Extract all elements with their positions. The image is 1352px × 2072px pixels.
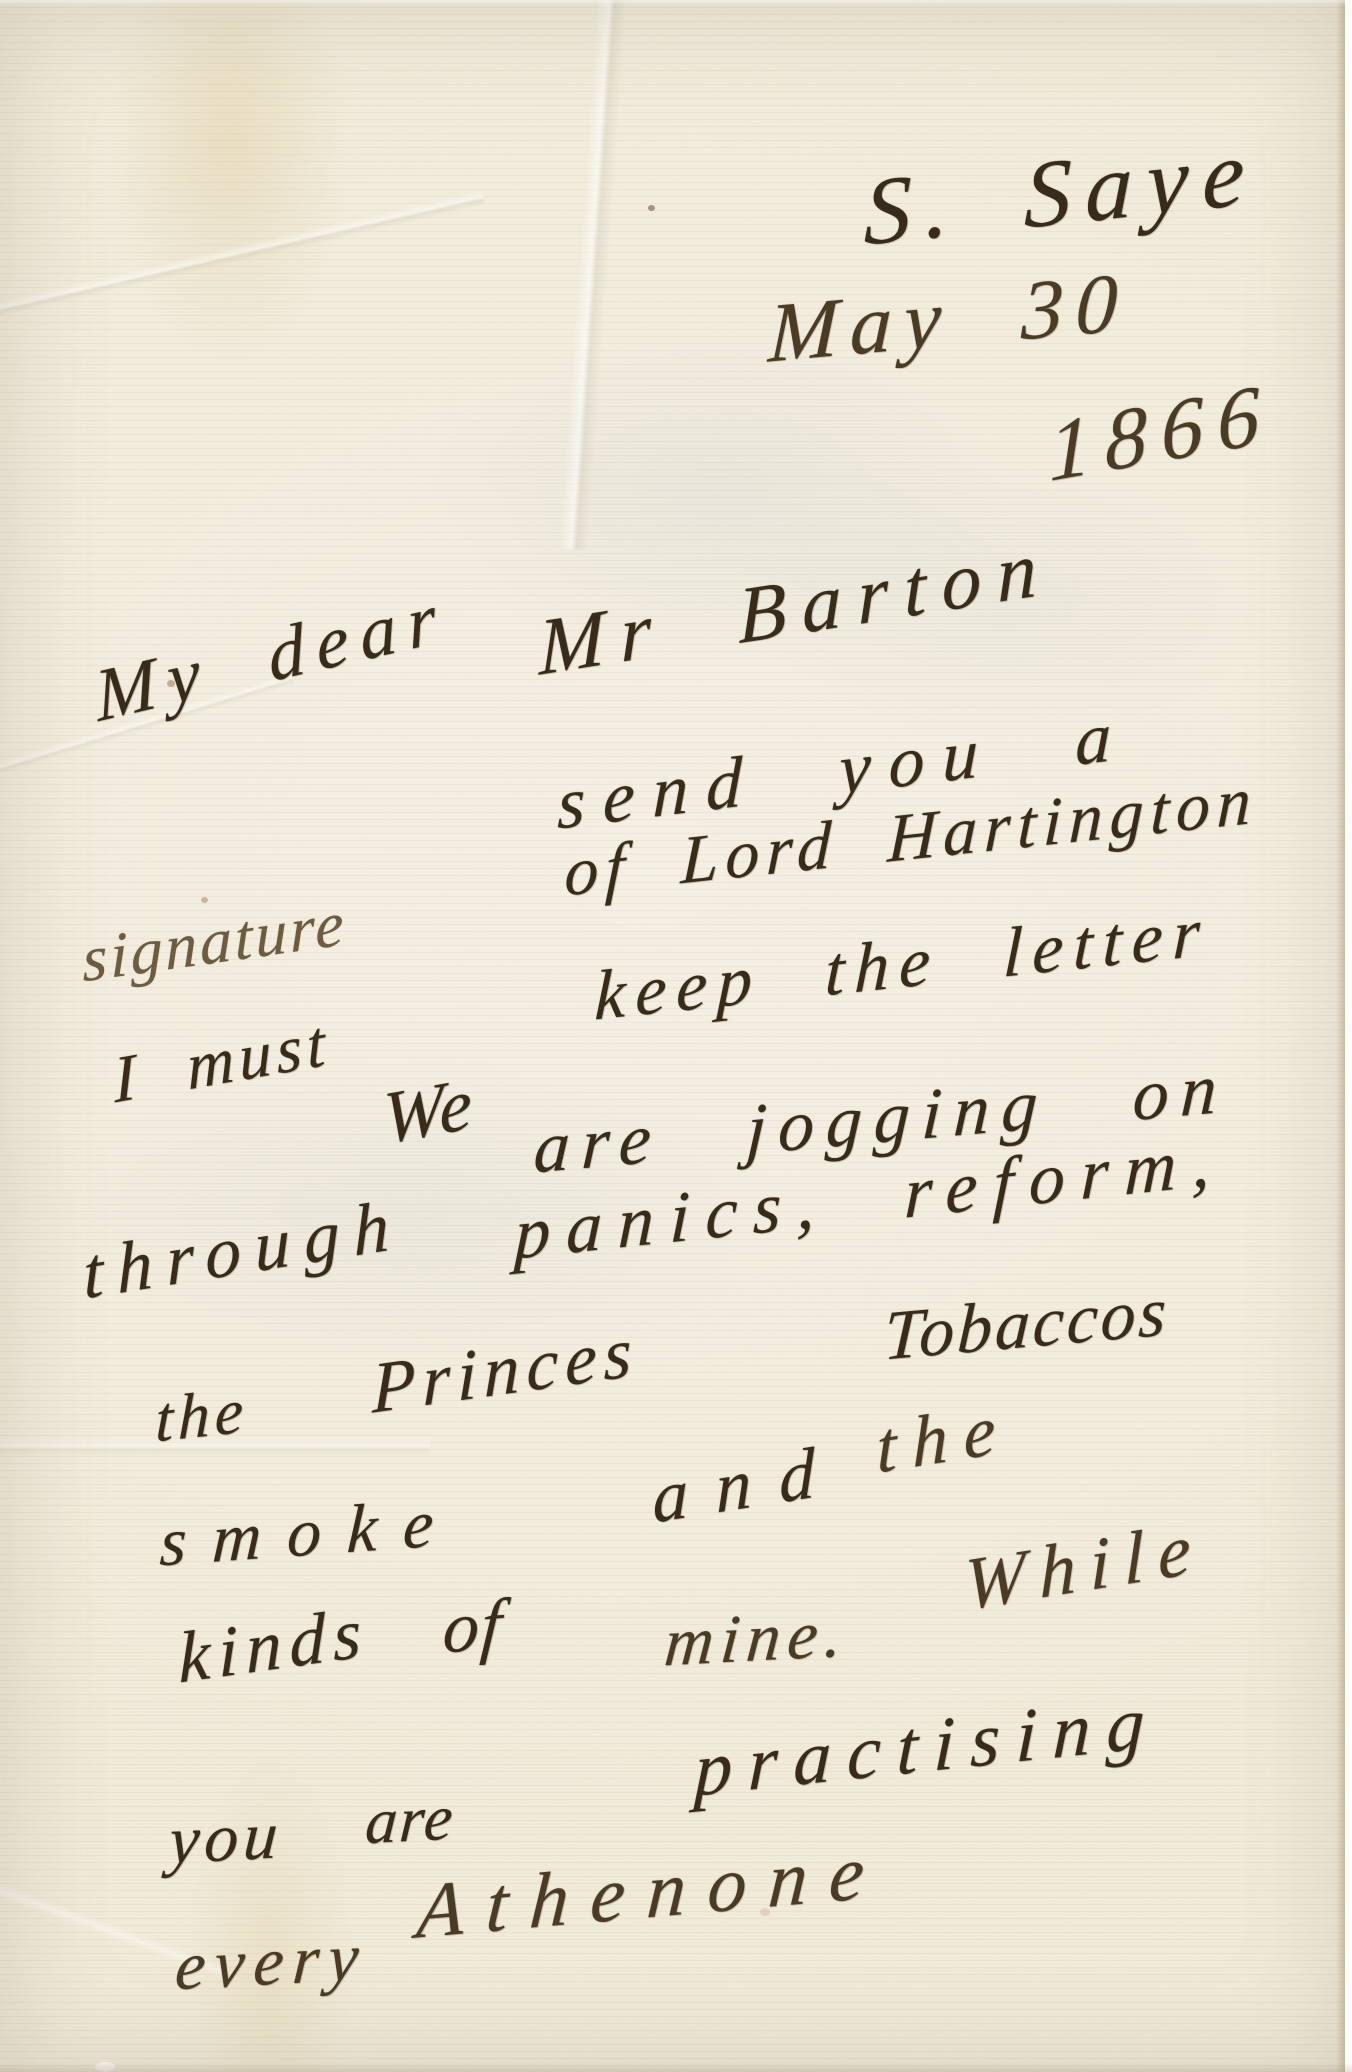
paper-right-edge	[1336, 0, 1345, 2072]
scan-background-strip	[1345, 0, 1352, 2072]
paper-top-edge	[0, 0, 1352, 5]
scanned-letter: S. Saye May 30 1866 My dear signature I …	[0, 0, 1352, 2072]
scan-vignette	[0, 0, 1352, 2072]
paper-bottom-edge	[0, 2063, 1352, 2072]
